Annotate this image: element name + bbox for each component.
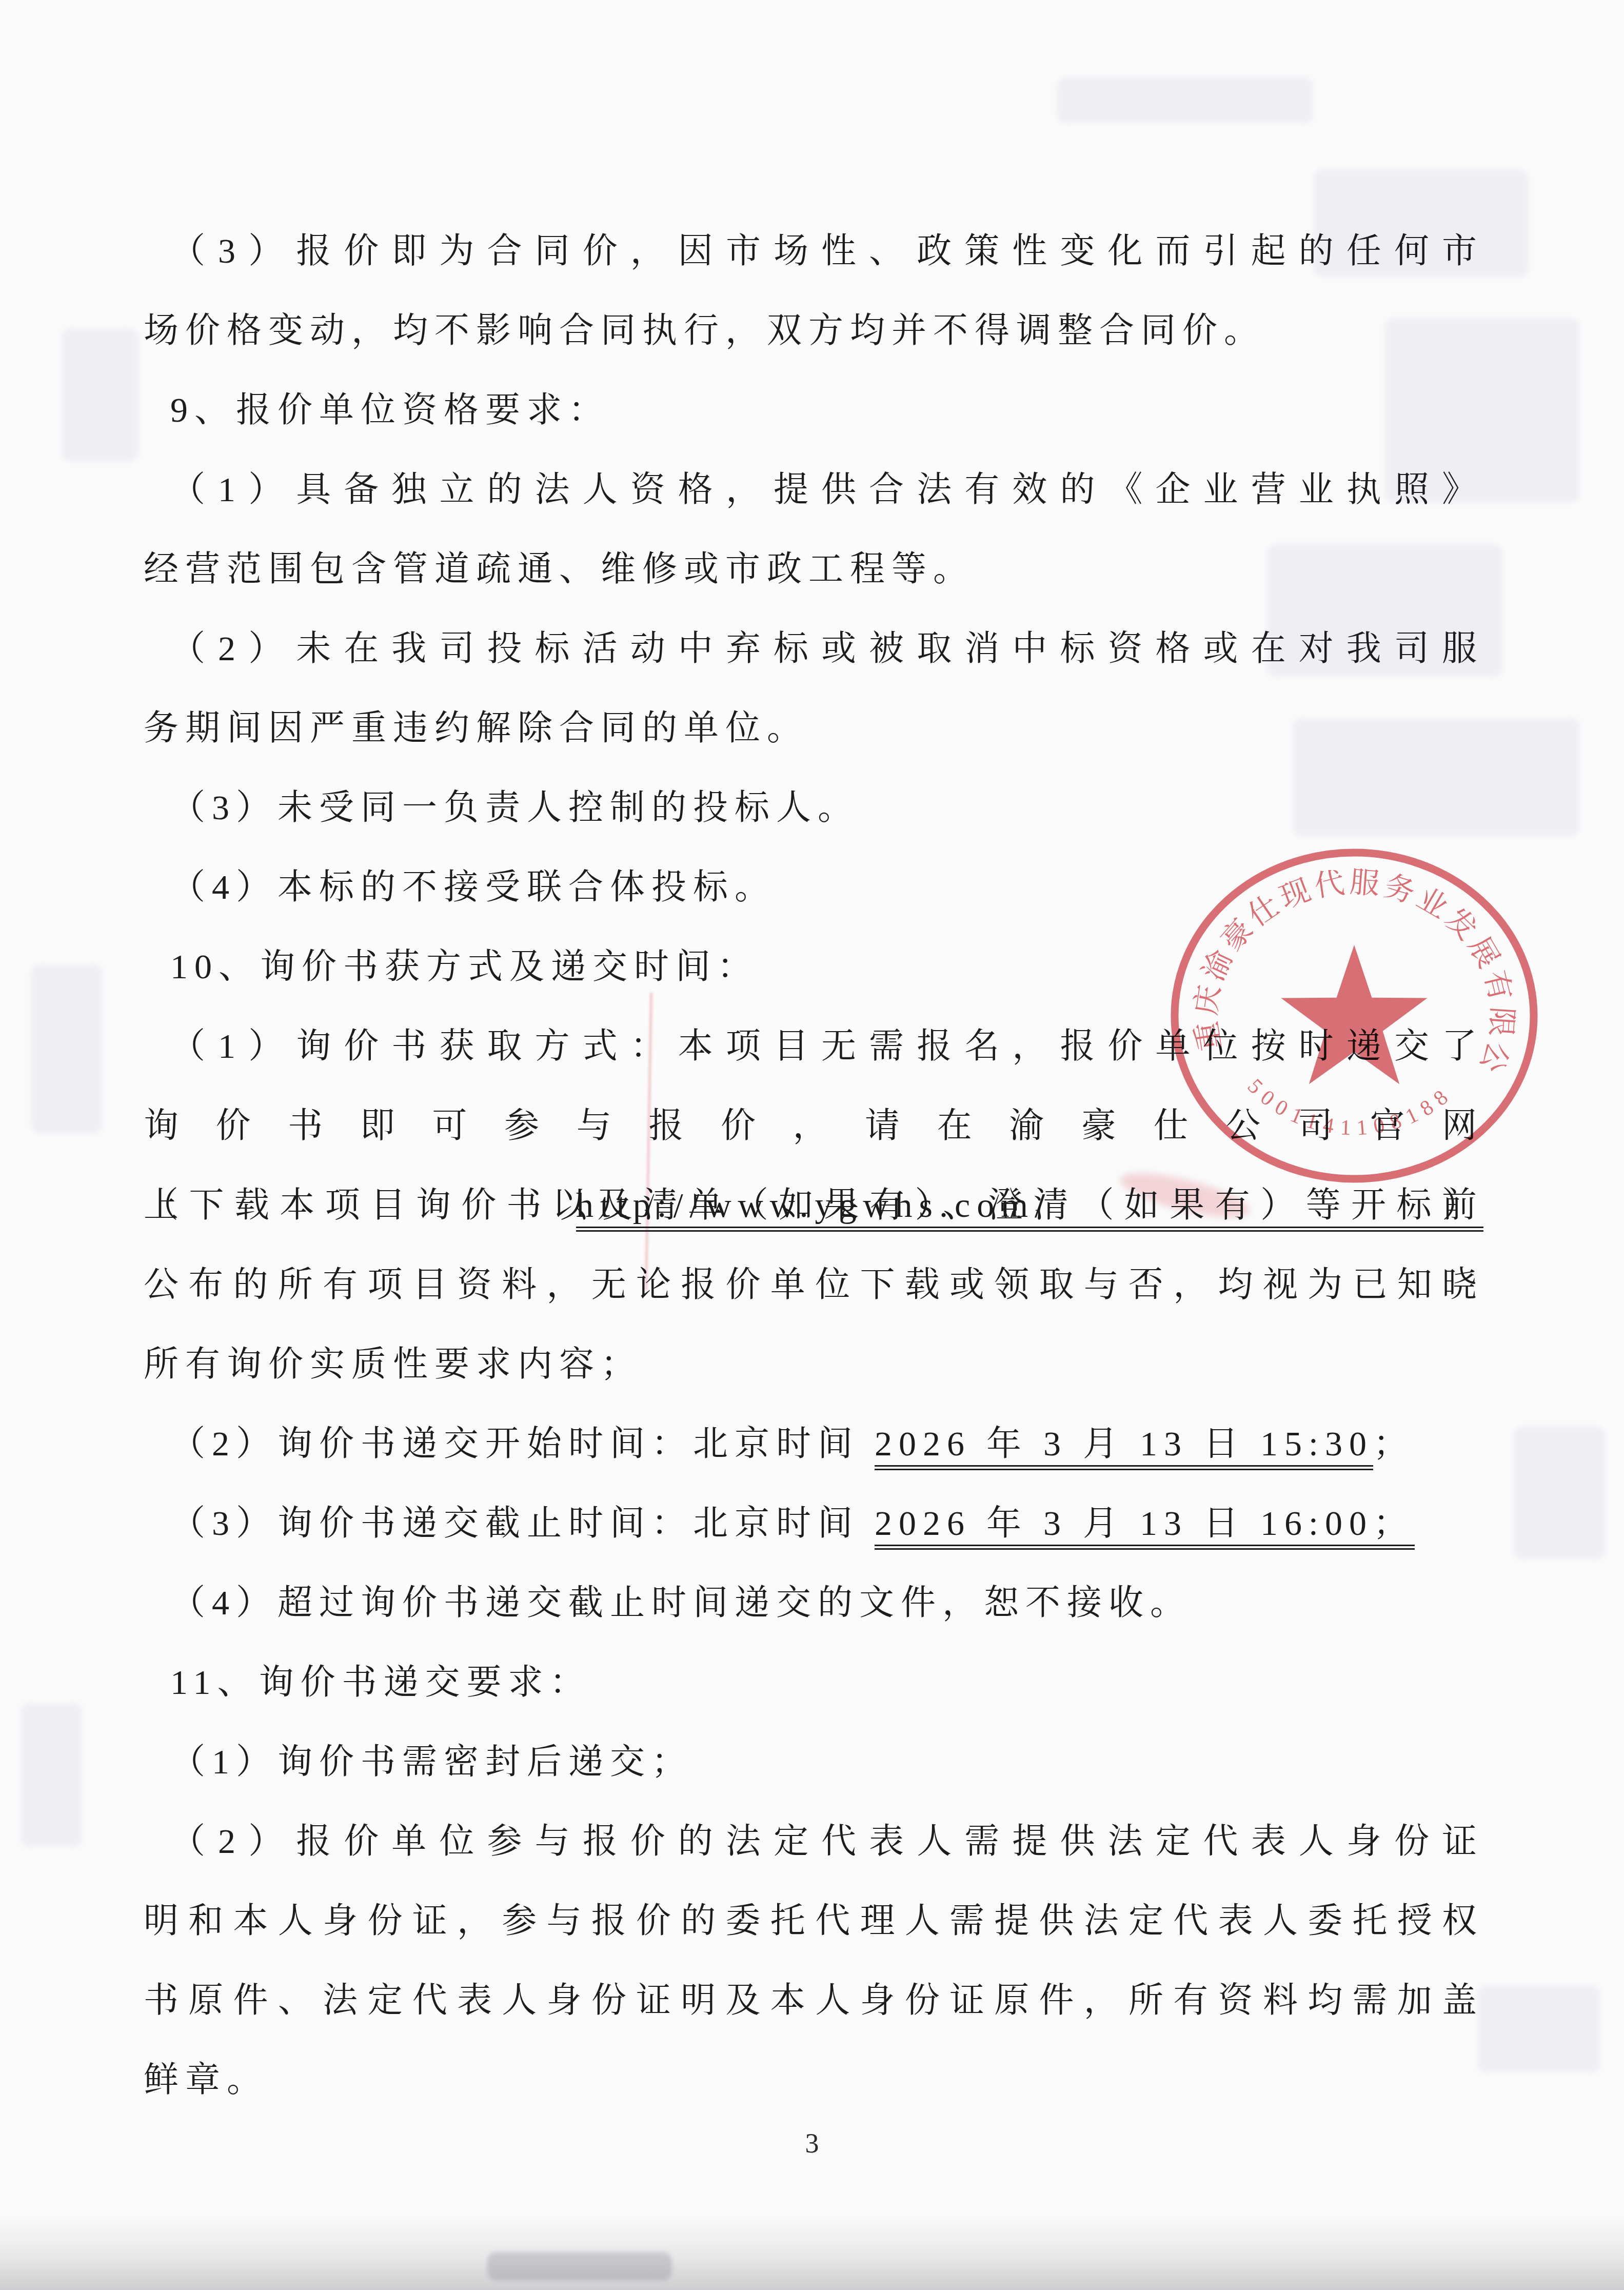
text-segment: 明和本人身份证，参与报价的委托代理人需提供法定代表人委托授权 (144, 1901, 1483, 1940)
text-segment: 9、报价单位资格要求： (170, 390, 610, 429)
text-segment: 公布的所有项目资料，无论报价单位下载或领取与否，均视为已知晓 (144, 1265, 1483, 1304)
text-line: 明和本人身份证，参与报价的委托代理人需提供法定代表人委托授权 (144, 1881, 1483, 1961)
text-segment: （2）询价书递交开始时间：北京时间 (170, 1424, 875, 1463)
text-segment: （1）询价书需密封后递交； (170, 1742, 693, 1781)
text-segment: 上下载本项目询价书以及清单（如果有）、澄清（如果有）等开标前 (144, 1186, 1483, 1225)
text-line: 公布的所有项目资料，无论报价单位下载或领取与否，均视为已知晓 (144, 1245, 1483, 1325)
text-line: 务期间因严重违约解除合同的单位。 (144, 688, 1483, 768)
scan-bleed-artifact (1057, 77, 1313, 123)
text-line: 9、报价单位资格要求： (144, 370, 1483, 450)
text-line: 鲜章。 (144, 2040, 1483, 2120)
company-seal-stamp: 重庆渝豪仕现代服务业发展有限公司 5001141108188 (1164, 841, 1544, 1190)
text-line: 场价格变动，均不影响合同执行，双方均并不得调整合同价。 (144, 291, 1483, 370)
text-line: 所有询价实质性要求内容； (144, 1325, 1483, 1404)
star-icon (1281, 945, 1427, 1084)
scan-bleed-artifact (1477, 1985, 1600, 2072)
scan-bottom-shadow (0, 2213, 1624, 2290)
text-line: （3）未受同一负责人控制的投标人。 (144, 768, 1483, 847)
text-segment: ； (1373, 1424, 1415, 1463)
text-segment: （3）报价即为合同价，因市场性、政策性变化而引起的任何市 (170, 231, 1483, 270)
scan-bleed-artifact (1513, 1426, 1606, 1559)
scan-bleed-artifact (31, 964, 103, 1134)
text-line: （1）询价书需密封后递交； (144, 1722, 1483, 1802)
text-segment: （3）未受同一负责人控制的投标人。 (170, 788, 859, 827)
text-line: 书原件、法定代表人身份证明及本人身份证原件，所有资料均需加盖 (144, 1961, 1483, 2040)
underlined-text: 2026 年 3 月 13 日 15:30 (875, 1424, 1373, 1470)
text-segment: 经营范围包含管道疏通、维修或市政工程等。 (144, 549, 975, 588)
scan-bleed-artifact (62, 328, 138, 462)
text-line: （4）超过询价书递交截止时间递交的文件，恕不接收。 (144, 1563, 1483, 1643)
text-segment: （4）本标的不接受联合体投标。 (170, 867, 776, 906)
text-segment: 书原件、法定代表人身份证明及本人身份证原件，所有资料均需加盖 (144, 1981, 1483, 2020)
scan-bleed-artifact (21, 1703, 82, 1847)
text-segment: 务期间因严重违约解除合同的单位。 (144, 708, 808, 747)
text-line: 经营范围包含管道疏通、维修或市政工程等。 (144, 529, 1483, 609)
text-segment: 11、询价书递交要求： (170, 1663, 591, 1702)
text-segment: 10、询价书获方式及递交时间： (170, 947, 759, 986)
text-line: （3）报价即为合同价，因市场性、政策性变化而引起的任何市 (144, 211, 1483, 291)
text-segment: 场价格变动，均不影响合同执行，双方均并不得调整合同价。 (144, 311, 1265, 350)
seal-serial-number: 5001141108188 (1243, 1075, 1458, 1140)
text-segment: （2）未在我司投标活动中弃标或被取消中标资格或在对我司服 (170, 629, 1483, 668)
text-segment: （4）超过询价书递交截止时间递交的文件，恕不接收。 (170, 1583, 1192, 1622)
text-line: （2）报价单位参与报价的法定代表人需提供法定代表人身份证 (144, 1802, 1483, 1881)
underlined-text: 2026 年 3 月 13 日 16:00； (875, 1504, 1415, 1550)
text-segment: 所有询价实质性要求内容； (144, 1345, 642, 1384)
text-segment: （2）报价单位参与报价的法定代表人需提供法定代表人身份证 (170, 1822, 1483, 1861)
text-line: （2）未在我司投标活动中弃标或被取消中标资格或在对我司服 (144, 609, 1483, 688)
page-number: 3 (0, 2113, 1624, 2174)
text-line: （2）询价书递交开始时间：北京时间 2026 年 3 月 13 日 15:30； (144, 1404, 1483, 1484)
text-line: 11、询价书递交要求： (144, 1643, 1483, 1722)
text-segment: 鲜章。 (144, 2060, 268, 2099)
scanned-document-page: （3）报价即为合同价，因市场性、政策性变化而引起的任何市场价格变动，均不影响合同… (0, 0, 1624, 2290)
text-segment: （3）询价书递交截止时间：北京时间 (170, 1504, 875, 1543)
text-line: （3）询价书递交截止时间：北京时间 2026 年 3 月 13 日 16:00； (144, 1484, 1483, 1563)
text-line: （1）具备独立的法人资格，提供合法有效的《企业营业执照》 (144, 450, 1483, 529)
text-segment: （1）具备独立的法人资格，提供合法有效的《企业营业执照》 (170, 470, 1483, 509)
